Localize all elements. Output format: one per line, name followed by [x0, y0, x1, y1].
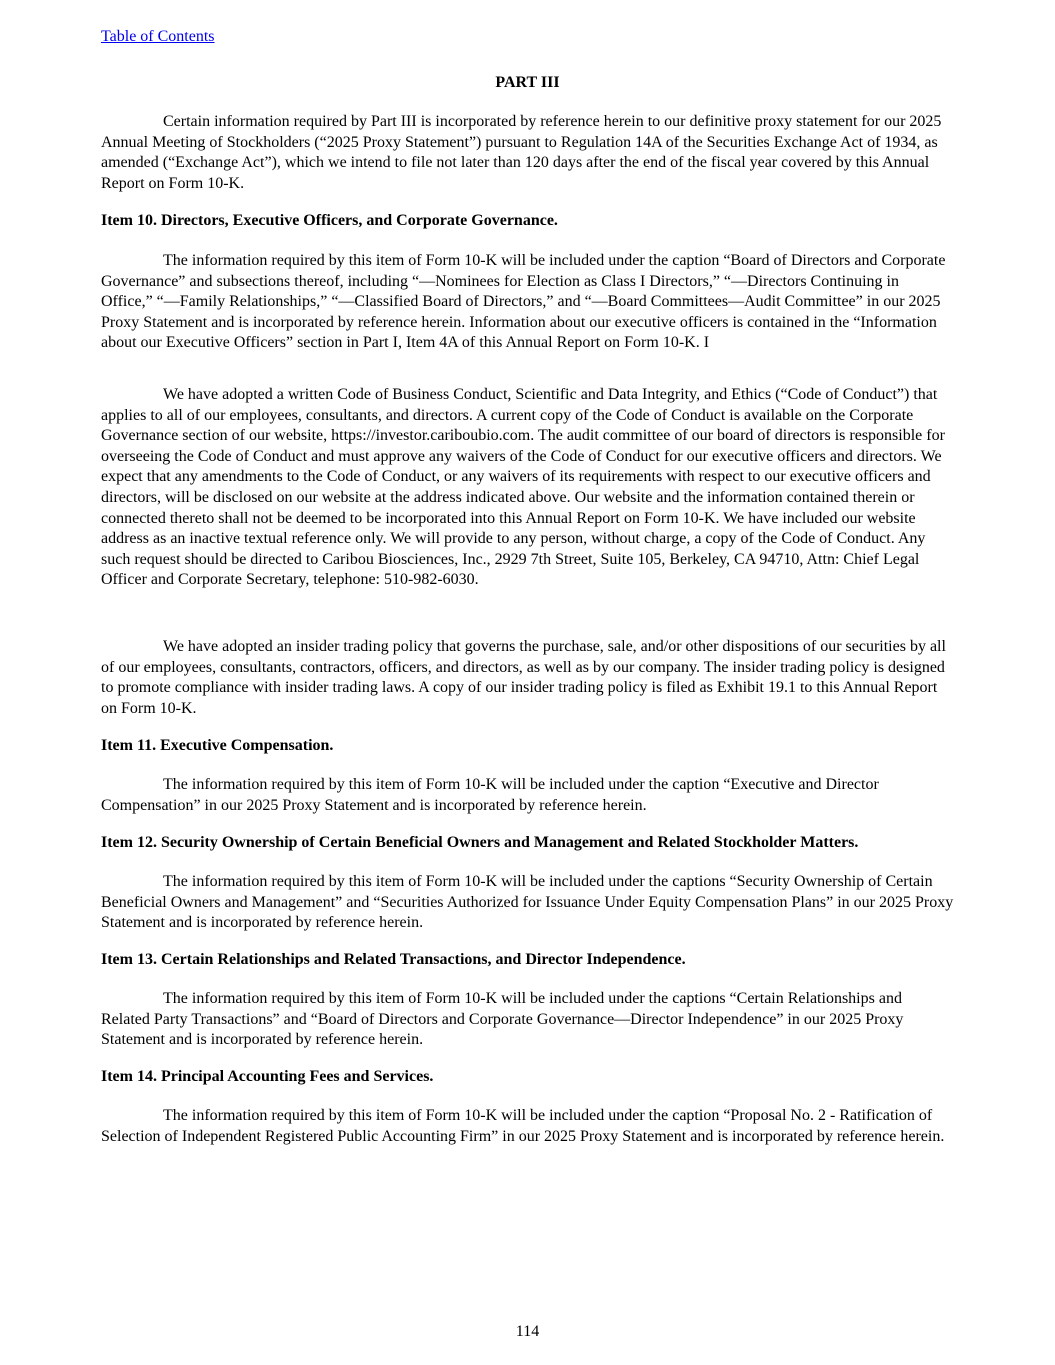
item-10-para-1-block: The information required by this item of…	[101, 251, 954, 354]
item-10-para-3-block: We have adopted an insider trading polic…	[101, 637, 954, 719]
intro-paragraph: Certain information required by Part III…	[101, 112, 954, 194]
item-12-para-block: The information required by this item of…	[101, 872, 954, 934]
item-13-heading-block: Item 13. Certain Relationships and Relat…	[101, 950, 954, 971]
item-12-heading: Item 12. Security Ownership of Certain B…	[101, 833, 954, 854]
item-10-paragraph-2: We have adopted a written Code of Busine…	[101, 385, 954, 591]
item-11-heading: Item 11. Executive Compensation.	[101, 736, 954, 757]
item-14-para-block: The information required by this item of…	[101, 1106, 954, 1147]
item-10-heading-block: Item 10. Directors, Executive Officers, …	[101, 211, 954, 232]
item-13-paragraph: The information required by this item of…	[101, 989, 954, 1051]
item-10-paragraph-3: We have adopted an insider trading polic…	[101, 637, 954, 719]
intro-section: Certain information required by Part III…	[101, 112, 954, 194]
item-10-heading: Item 10. Directors, Executive Officers, …	[101, 211, 954, 232]
page-number: 114	[0, 1322, 1055, 1342]
item-14-paragraph: The information required by this item of…	[101, 1106, 954, 1147]
item-13-para-block: The information required by this item of…	[101, 989, 954, 1051]
item-11-heading-block: Item 11. Executive Compensation.	[101, 736, 954, 757]
item-14-heading: Item 14. Principal Accounting Fees and S…	[101, 1067, 954, 1088]
part-title: PART III	[101, 73, 954, 93]
item-10-para-2-block: We have adopted a written Code of Busine…	[101, 385, 954, 591]
item-11-paragraph: The information required by this item of…	[101, 775, 954, 816]
item-12-paragraph: The information required by this item of…	[101, 872, 954, 934]
item-11-para-block: The information required by this item of…	[101, 775, 954, 816]
table-of-contents-link[interactable]: Table of Contents	[101, 27, 215, 47]
item-14-heading-block: Item 14. Principal Accounting Fees and S…	[101, 1067, 954, 1088]
item-13-heading: Item 13. Certain Relationships and Relat…	[101, 950, 954, 971]
item-12-heading-block: Item 12. Security Ownership of Certain B…	[101, 833, 954, 854]
item-10-paragraph-1: The information required by this item of…	[101, 251, 954, 354]
